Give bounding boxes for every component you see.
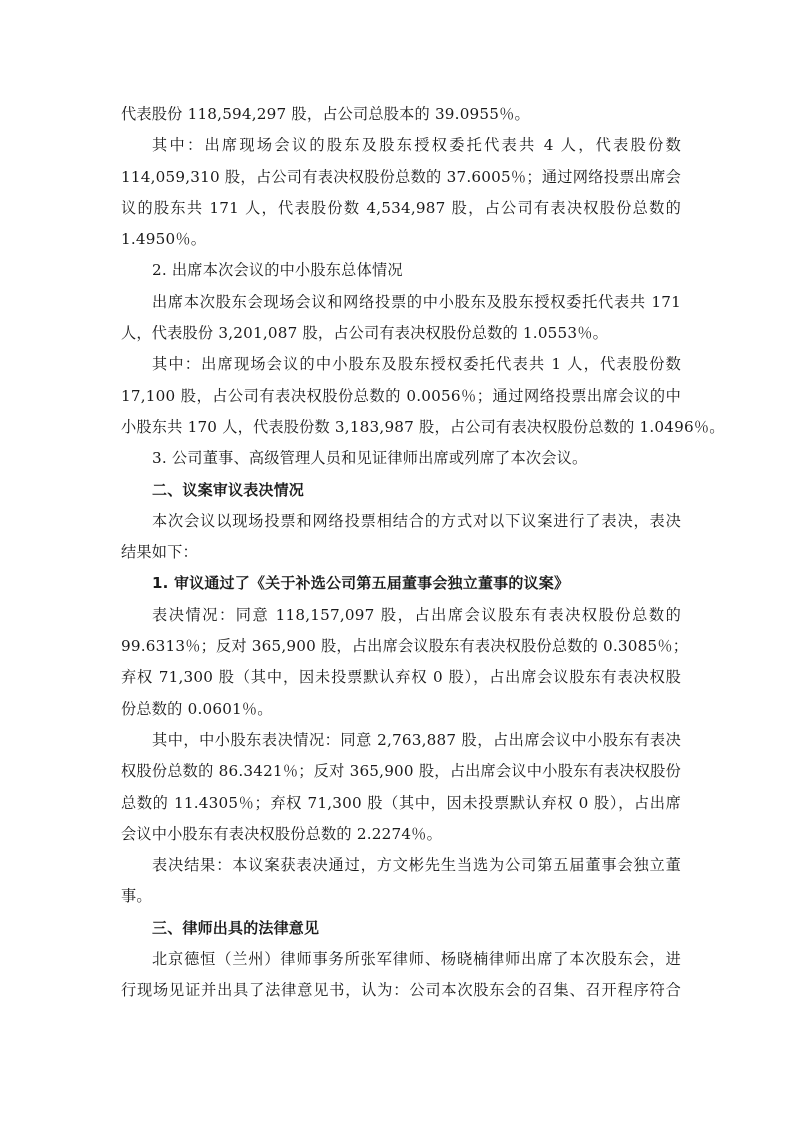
body-text-line: 权股份总数的 86.3421％；反对 365,900 股，占出席会议中小股东有表… [121,756,681,787]
proposal-heading: 1. 审议通过了《关于补选公司第五届董事会独立董事的议案》 [121,568,681,599]
document-page: 代表股份 118,594,297 股，占公司总股本的 39.0955％。 其中：… [121,99,681,1007]
section-heading-2: 二、议案审议表决情况 [121,475,681,506]
body-text-line: 3. 公司董事、高级管理人员和见证律师出席或列席了本次会议。 [121,443,681,474]
body-text-line: 其中：出席现场会议的中小股东及股东授权委托代表共 1 人，代表股份数 [121,349,681,380]
body-text-line: 代表股份 118,594,297 股，占公司总股本的 39.0955％。 [121,99,681,130]
body-text-line: 1.4950％。 [121,224,681,255]
body-text-line: 17,100 股，占公司有表决权股份总数的 0.0056％；通过网络投票出席会议… [121,381,681,412]
body-text-line: 其中：出席现场会议的股东及股东授权委托代表共 4 人，代表股份数 [121,130,681,161]
body-text-line: 出席本次股东会现场会议和网络投票的中小股东及股东授权委托代表共 171 [121,287,681,318]
subsection-heading: 2. 出席本次会议的中小股东总体情况 [121,255,681,286]
body-text-line: 99.6313％；反对 365,900 股，占出席会议股东有表决权股份总数的 0… [121,631,681,662]
body-text-line: 人，代表股份 3,201,087 股，占公司有表决权股份总数的 1.0553％。 [121,318,681,349]
body-text-line: 议的股东共 171 人，代表股份数 4,534,987 股，占公司有表决权股份总… [121,193,681,224]
body-text-line: 弃权 71,300 股（其中，因未投票默认弃权 0 股），占出席会议股东有表决权… [121,662,681,693]
body-text-line: 会议中小股东有表决权股份总数的 2.2274％。 [121,819,681,850]
body-text-line: 北京德恒（兰州）律师事务所张军律师、杨晓楠律师出席了本次股东会，进 [121,944,681,975]
body-text-line: 总数的 11.4305％；弃权 71,300 股（其中，因未投票默认弃权 0 股… [121,788,681,819]
body-text-line: 表决情况：同意 118,157,097 股，占出席会议股东有表决权股份总数的 [121,600,681,631]
body-text-line: 份总数的 0.0601％。 [121,694,681,725]
body-text-line: 结果如下： [121,537,681,568]
body-text-line: 行现场见证并出具了法律意见书，认为：公司本次股东会的召集、召开程序符合 [121,975,681,1006]
body-text-line: 114,059,310 股，占公司有表决权股份总数的 37.6005％；通过网络… [121,162,681,193]
section-heading-3: 三、律师出具的法律意见 [121,913,681,944]
body-text-line: 表决结果：本议案获表决通过，方文彬先生当选为公司第五届董事会独立董 [121,850,681,881]
body-text-line: 小股东共 170 人，代表股份数 3,183,987 股，占公司有表决权股份总数… [121,412,681,443]
body-text-line: 事。 [121,881,681,912]
body-text-line: 本次会议以现场投票和网络投票相结合的方式对以下议案进行了表决，表决 [121,506,681,537]
body-text-line: 其中，中小股东表决情况：同意 2,763,887 股，占出席会议中小股东有表决 [121,725,681,756]
